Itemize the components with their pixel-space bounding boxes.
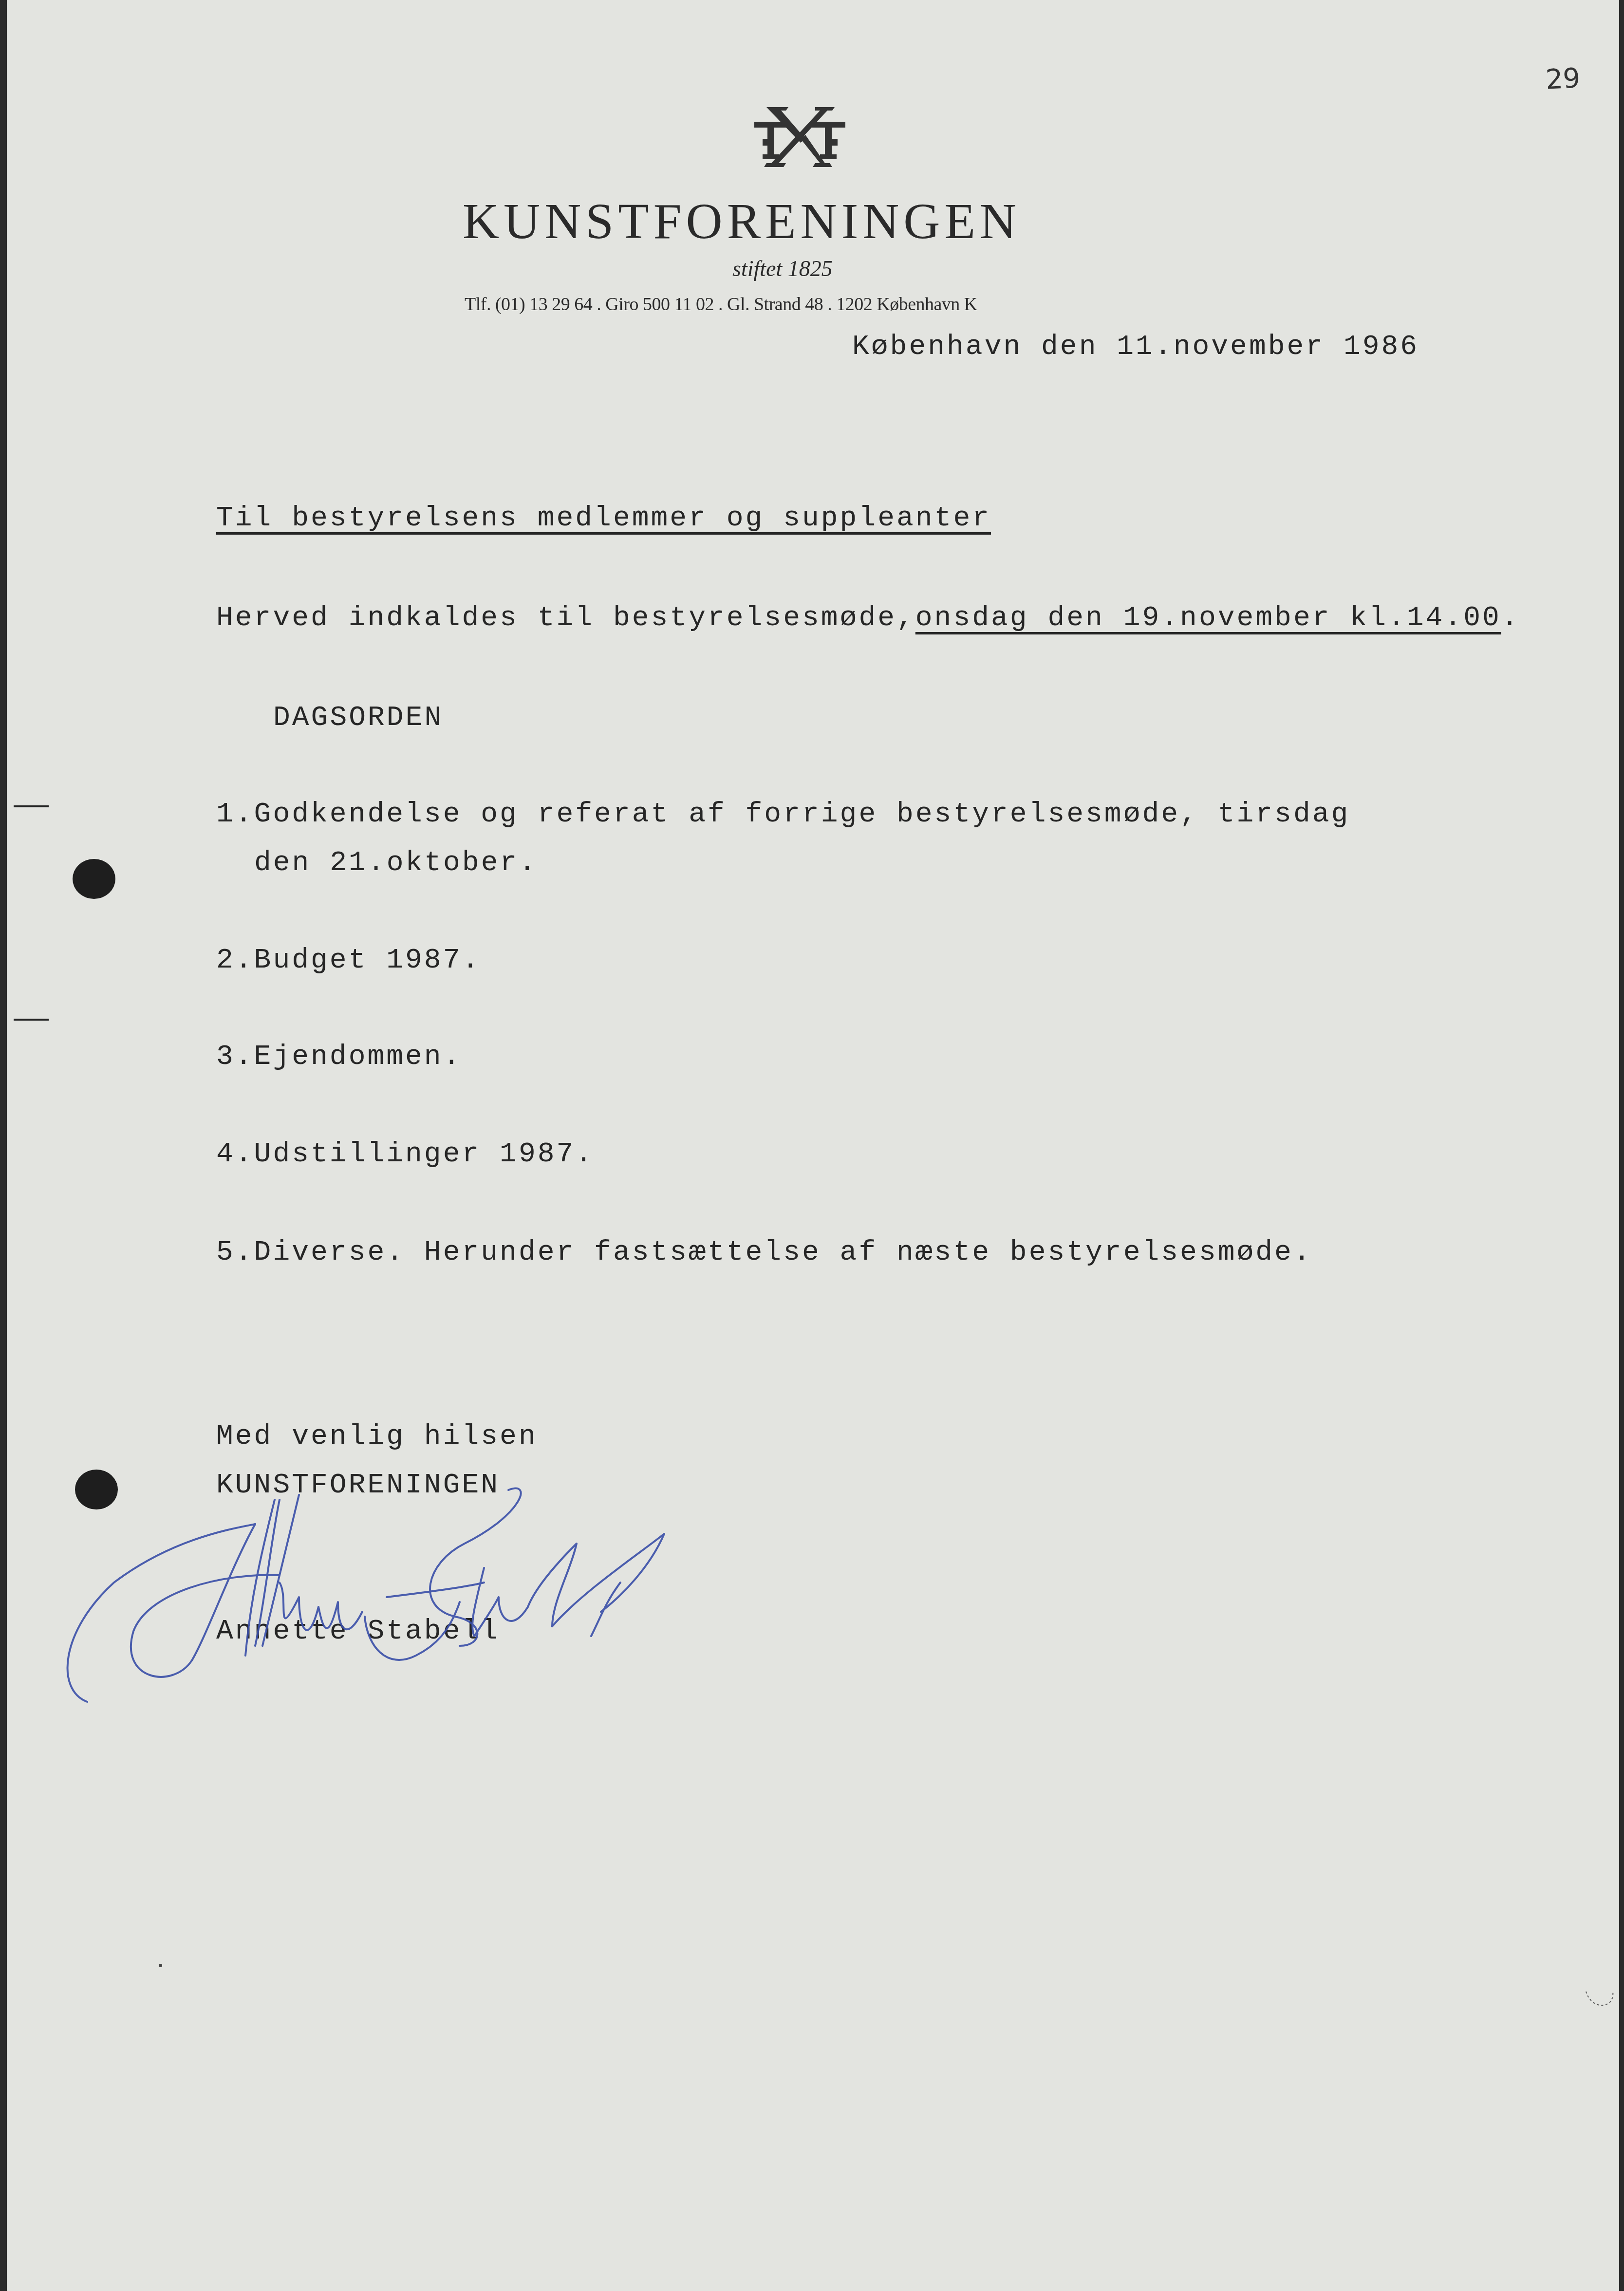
agenda-item-3: 3.Ejendommen. — [216, 1041, 462, 1073]
agenda-item-1: 1.Godkendelse og referat af forrige best… — [216, 799, 1350, 830]
invitation-prefix: Herved indkaldes til bestyrelsesmøde, — [216, 602, 915, 634]
punch-hole — [73, 859, 115, 899]
letterhead-contact: Tlf. (01) 13 29 64 . Giro 500 11 02 . Gl… — [465, 294, 977, 315]
closing-greeting: Med venlig hilsen — [216, 1421, 538, 1453]
margin-tick — [14, 805, 49, 807]
punch-hole — [75, 1470, 118, 1509]
invitation-suffix: . — [1501, 602, 1520, 634]
pencil-mark-icon — [1584, 1986, 1618, 2010]
letter-page: 29 KUNSTFORENINGEN stiftet 1825 Tlf. (01… — [7, 0, 1619, 2291]
letterhead-founded: stiftet 1825 — [732, 256, 833, 281]
recipient-line: Til bestyrelsens medlemmer og suppleante… — [216, 503, 991, 534]
agenda-heading: DAGSORDEN — [273, 702, 443, 734]
agenda-item-4: 4.Udstillinger 1987. — [216, 1138, 594, 1170]
page-number: 29 — [1545, 62, 1581, 96]
kf-monogram-icon — [752, 105, 849, 170]
meeting-datetime: onsdag den 19.november kl.14.00 — [915, 602, 1501, 634]
letterhead-title: KUNSTFORENINGEN — [463, 192, 1021, 250]
margin-tick — [14, 1019, 49, 1021]
scan-border — [1619, 0, 1624, 2291]
agenda-item-1-continued: den 21.oktober. — [254, 847, 538, 879]
date-line: København den 11.november 1986 — [852, 331, 1419, 363]
handwritten-signature — [46, 1485, 728, 1709]
agenda-item-5: 5.Diverse. Herunder fastsættelse af næst… — [216, 1237, 1312, 1268]
invitation-line: Herved indkaldes til bestyrelsesmøde,ons… — [216, 602, 1520, 634]
ink-speck — [159, 1964, 162, 1967]
agenda-item-2: 2.Budget 1987. — [216, 945, 481, 976]
